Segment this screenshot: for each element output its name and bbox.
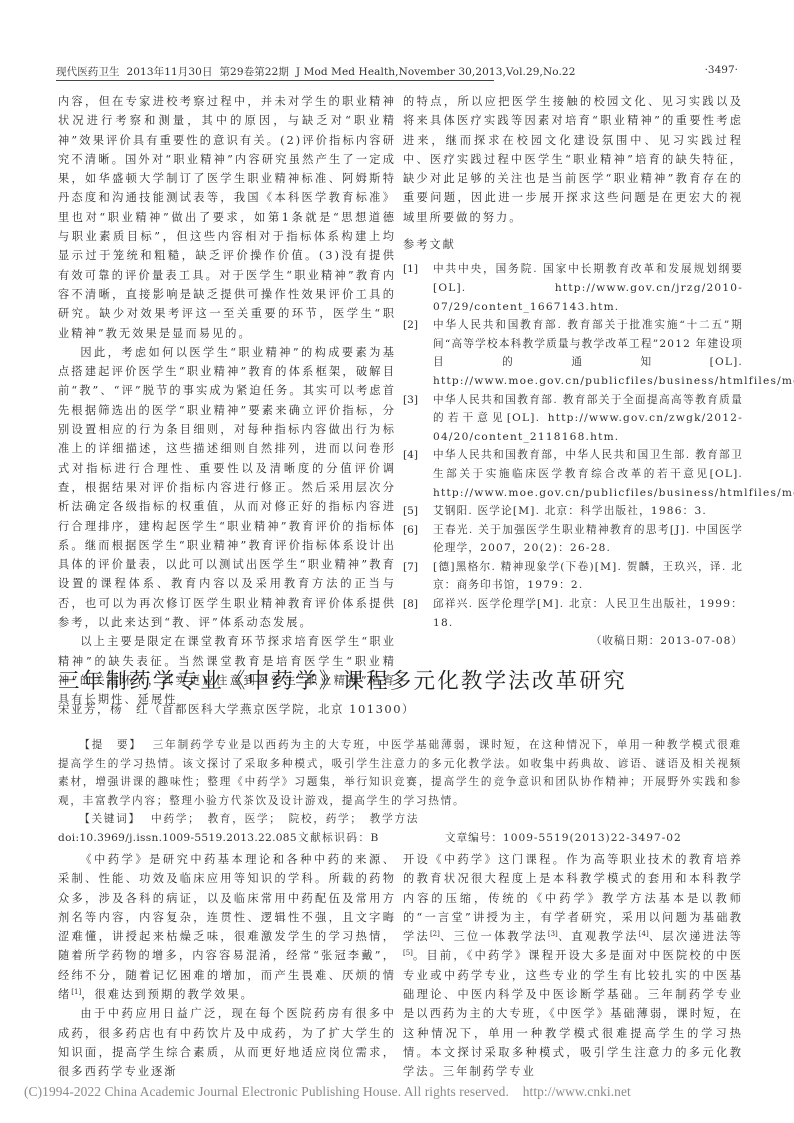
copyright-footer: (C)1994-2022 China Academic Journal Elec…: [24, 1084, 631, 1100]
keywords-text: 中药学； 教育，医学； 院校，药学； 教学方法: [151, 813, 419, 825]
header-rule: [56, 80, 494, 81]
running-header: 现代医药卫生 2013年11月30日 第29卷第22期 J Mod Med He…: [56, 64, 738, 80]
paragraph-text: ，很难达到预期的教学效果。: [81, 988, 254, 1001]
paragraph: 由于中药应用日益广泛，现在每个医院药房有很多中成药，很多药店也有中药饮片及中成药…: [58, 1004, 396, 1081]
article-body-left-column: 《中药学》是研究中药基本理论和各种中药的来源、采制、性能、功效及临床应用等知识的…: [58, 850, 396, 1082]
copyright-text: (C)1994-2022 China Academic Journal Elec…: [24, 1084, 509, 1099]
citation: [4]: [639, 930, 649, 938]
paragraph: 因此，考虑如何以医学生“职业精神”的构成要素为基点搭建起评价医学生“职业精神”教…: [58, 343, 396, 632]
reference-text: 中华人民共和国教育部，中华人民共和国卫生部. 教育部卫生部关于实施临床医学教育综…: [433, 449, 794, 498]
author-affiliation: 宋亚芳，杨 红（首都医科大学燕京医学院，北京 101300）: [58, 701, 415, 717]
reference-item: [2]中华人民共和国教育部. 教育部关于批准实施“十二五”期间“高等学校本科教学…: [403, 316, 743, 390]
paragraph: 开设《中药学》这门课程。作为高等职业技术的教育培养的教育状况很大程度上是本科教学…: [403, 850, 743, 1082]
footer-url: http://www.cnki.net: [523, 1084, 631, 1099]
reference-number: [7]: [403, 558, 418, 577]
article-identifiers: doi:10.3969/j.issn.1009-5519.2013.22.085…: [58, 829, 742, 847]
abstract-text: 三年制药学专业是以西药为主的大专班，中医学基础薄弱，课时短，在这种情况下，单用一…: [58, 739, 742, 807]
reference-list: [1]中共中央，国务院. 国家中长期教育改革和发展规划纲要[OL]. http:…: [403, 260, 743, 632]
reference-item: [1]中共中央，国务院. 国家中长期教育改革和发展规划纲要[OL]. http:…: [403, 260, 743, 316]
reference-number: [6]: [403, 521, 418, 540]
document-code: 文献标识码：B: [298, 829, 380, 848]
reference-number: [1]: [403, 260, 418, 279]
paragraph-text: 《中药学》是研究中药基本理论和各种中药的来源、采制、性能、功效及临床应用等知识的…: [58, 853, 396, 1001]
reference-text: 中共中央，国务院. 国家中长期教育改革和发展规划纲要[OL]. http://w…: [433, 263, 743, 312]
received-date: （收稿日期：2013-07-08）: [403, 632, 743, 651]
paragraph: 的特点，所以应把医学生接触的校园文化、见习实践以及将来具体医疗实践等因素对培育“…: [403, 92, 743, 227]
reference-number: [3]: [403, 391, 418, 410]
reference-item: [6]王春光. 关于加强医学生职业精神教育的思考[J]. 中国医学伦理学，200…: [403, 521, 743, 558]
paragraph-text: 、层次递进法等: [649, 930, 743, 943]
journal-name-cn: 现代医药卫生: [56, 66, 120, 78]
references-heading: 参考文献: [403, 235, 743, 254]
citation: [1]: [71, 988, 81, 996]
doi: doi:10.3969/j.issn.1009-5519.2013.22.085: [58, 829, 297, 848]
reference-text: 中华人民共和国教育部. 教育部关于批准实施“十二五”期间“高等学校本科教学质量与…: [433, 319, 794, 387]
reference-number: [5]: [403, 502, 418, 521]
reference-item: [7][德]黑格尔. 精神现象学(下卷)[M]. 贺麟，王玖兴，译. 北京：商务…: [403, 558, 743, 595]
keywords-label: 【关键词】: [79, 813, 141, 825]
volume-issue-cn: 第29卷第22期: [219, 66, 289, 78]
reference-item: [4]中华人民共和国教育部，中华人民共和国卫生部. 教育部卫生部关于实施临床医学…: [403, 446, 743, 502]
paragraph-text: 由于中药应用日益广泛，现在每个医院药房有很多中成药，很多药店也有中药饮片及中成药…: [58, 1007, 396, 1078]
issue-date-cn: 2013年11月30日: [127, 66, 213, 78]
article-number: 文章编号：1009-5519(2013)22-3497-02: [445, 829, 682, 848]
journal-info: 现代医药卫生 2013年11月30日 第29卷第22期 J Mod Med He…: [56, 64, 576, 79]
reference-item: [8]邱祥兴. 医学伦理学[M]. 北京：人民卫生出版社，1999：18.: [403, 595, 743, 632]
abstract-block: 【提 要】 三年制药学专业是以西药为主的大专班，中医学基础薄弱，课时短，在这种情…: [58, 736, 742, 847]
paragraph: 《中药学》是研究中药基本理论和各种中药的来源、采制、性能、功效及临床应用等知识的…: [58, 850, 396, 1004]
citation: [2]: [430, 930, 440, 938]
reference-text: 艾钢阳. 医学论[M]. 北京：科学出版社，1986：3.: [433, 505, 707, 517]
reference-item: [3]中华人民共和国教育部. 教育部关于全面提高高等教育质量的若干意见[OL].…: [403, 391, 743, 447]
citation: [5]: [403, 949, 413, 957]
reference-text: 邱祥兴. 医学伦理学[M]. 北京：人民卫生出版社，1999：18.: [433, 598, 743, 629]
reference-text: 王春光. 关于加强医学生职业精神教育的思考[J]. 中国医学伦理学，2007，2…: [433, 524, 743, 555]
paragraph: 内容，但在专家进校考察过程中，并未对学生的职业精神状况进行考察和测量，其中的原因…: [58, 92, 396, 343]
keywords: 【关键词】 中药学； 教育，医学； 院校，药学； 教学方法: [58, 810, 742, 829]
abstract-label: 【提 要】: [79, 739, 142, 751]
prev-article-right-column: 的特点，所以应把医学生接触的校园文化、见习实践以及将来具体医疗实践等因素对培育“…: [403, 92, 743, 652]
reference-number: [8]: [403, 595, 418, 614]
abstract: 【提 要】 三年制药学专业是以西药为主的大专班，中医学基础薄弱，课时短，在这种情…: [58, 736, 742, 810]
article-body-right-column: 开设《中药学》这门课程。作为高等职业技术的教育培养的教育状况很大程度上是本科教学…: [403, 850, 743, 1082]
reference-item: [5]艾钢阳. 医学论[M]. 北京：科学出版社，1986：3.: [403, 502, 743, 521]
page-number: ·3497·: [705, 64, 738, 76]
paragraph-text: 。目前，《中药学》课程开设大多是面对中医院校的中医专业或中药学专业，这些专业的学…: [403, 949, 743, 1078]
paragraph-text: 、直观教学法: [558, 930, 639, 943]
reference-text: [德]黑格尔. 精神现象学(下卷)[M]. 贺麟，王玖兴，译. 北京：商务印书馆…: [433, 561, 743, 592]
prev-article-left-column: 内容，但在专家进校考察过程中，并未对学生的职业精神状况进行考察和测量，其中的原因…: [58, 92, 396, 710]
reference-number: [4]: [403, 446, 418, 465]
paragraph-text: 、三位一体教学法: [440, 930, 548, 943]
citation: [3]: [548, 930, 558, 938]
reference-text: 中华人民共和国教育部. 教育部关于全面提高高等教育质量的若干意见[OL]. ht…: [433, 394, 743, 443]
article-title: 三年制药学专业《中药学》课程多元化教学法改革研究: [58, 664, 758, 695]
journal-citation-en: J Mod Med Health,November 30,2013,Vol.29…: [296, 66, 576, 78]
reference-number: [2]: [403, 316, 418, 335]
